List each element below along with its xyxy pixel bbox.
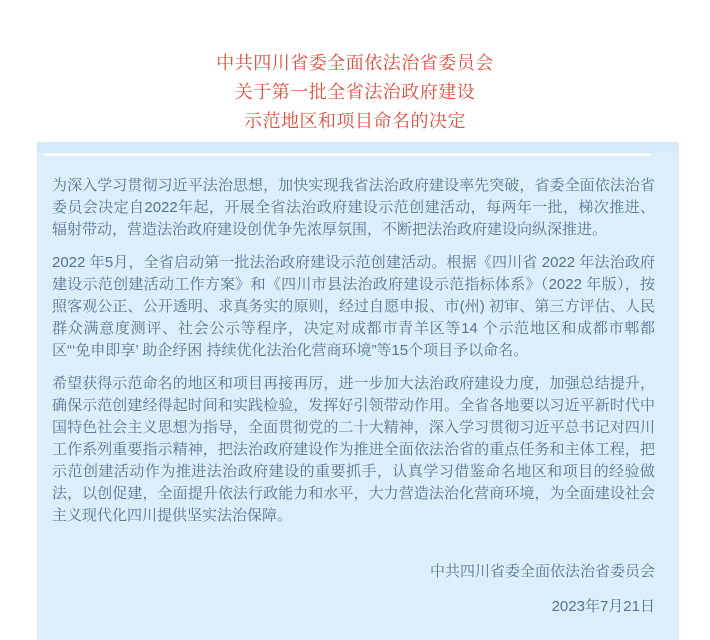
panel-top-band <box>37 142 679 153</box>
paragraph-1: 为深入学习贯彻习近平法治思想，加快实现我省法治政府建设率先突破，省委全面依法治省… <box>52 175 655 241</box>
paragraph-3: 希望获得示范命名的地区和项目再接再厉，进一步加大法治政府建设力度，加强总结提升，… <box>52 373 655 527</box>
document-title-line-1: 中共四川省委全面依法治省委员会 <box>0 49 710 78</box>
document-title-line-3: 示范地区和项目命名的决定 <box>0 107 710 136</box>
signature-block: 中共四川省委全面依法治省委员会 2023年7月21日 <box>52 561 655 618</box>
document-title-line-2: 关于第一批全省法治政府建设 <box>0 78 710 107</box>
paragraph-2: 2022 年5月，全省启动第一批法治政府建设示范创建活动。根据《四川省 2022… <box>52 252 655 362</box>
document-body: 为深入学习贯彻习近平法治思想，加快实现我省法治政府建设率先突破，省委全面依法治省… <box>52 175 655 527</box>
signature-organization: 中共四川省委全面依法治省委员会 <box>52 561 655 583</box>
signature-date: 2023年7月21日 <box>52 596 655 618</box>
document-body-panel: 为深入学习贯彻习近平法治思想，加快实现我省法治政府建设率先突破，省委全面依法治省… <box>37 142 679 640</box>
document-title: 中共四川省委全面依法治省委员会 关于第一批全省法治政府建设 示范地区和项目命名的… <box>0 49 710 136</box>
divider-line <box>44 153 651 156</box>
